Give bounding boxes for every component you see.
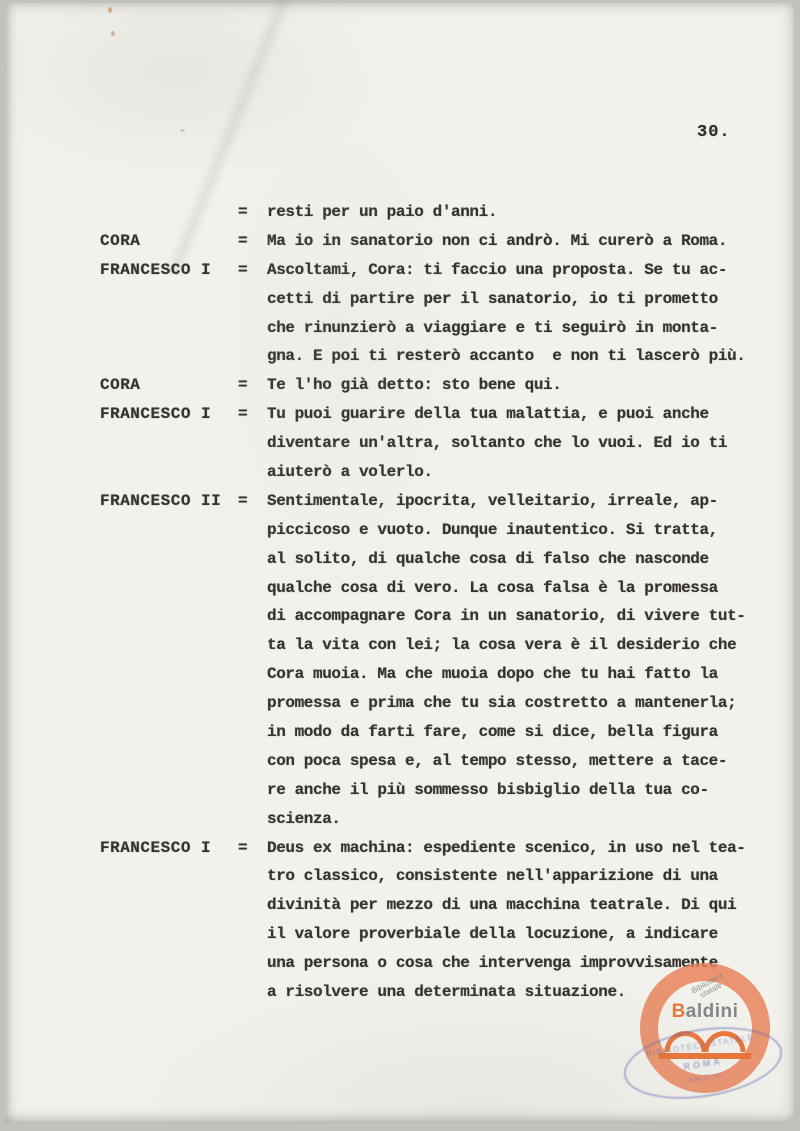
script-row: aiuterò a volerlo. [100, 463, 790, 492]
script-row: piccicoso e vuoto. Dunque inautentico. S… [100, 521, 790, 550]
equals-sign: = [238, 376, 267, 394]
dialogue-text: promessa e prima che tu sia costretto a … [267, 694, 790, 712]
dialogue-text: Tu puoi guarire della tua malattia, e pu… [267, 405, 790, 423]
speaker-name: CORA [100, 232, 238, 250]
dialogue-text: Te l'ho già detto: sto bene qui. [267, 376, 790, 394]
equals-sign: = [238, 839, 267, 857]
script-row: FRANCESCO I = Tu puoi guarire della tua … [100, 405, 790, 434]
script-row: con poca spesa e, al tempo stesso, mette… [100, 752, 790, 781]
dialogue-text: re anche il più sommesso bisbiglio della… [267, 781, 790, 799]
equals-sign: = [238, 261, 267, 279]
script-row: che rinunzierò a viaggiare e ti seguirò … [100, 319, 790, 348]
script-lines: = resti per un paio d'anni. CORA = Ma io… [100, 203, 790, 1012]
dialogue-text: di accompagnare Cora in un sanatorio, di… [267, 607, 790, 625]
script-row: CORA = Ma io in sanatorio non ci andrò. … [100, 232, 790, 261]
script-row: di accompagnare Cora in un sanatorio, di… [100, 607, 790, 636]
dialogue-text: cetti di partire per il sanatorio, io ti… [267, 290, 790, 308]
dialogue-text: aiuterò a volerlo. [267, 463, 790, 481]
dialogue-text: ta la vita con lei; la cosa vera è il de… [267, 636, 790, 654]
script-row: tro classico, consistente nell'apparizio… [100, 867, 790, 896]
dialogue-text: resti per un paio d'anni. [267, 203, 790, 221]
dialogue-text: Ascoltami, Cora: ti faccio una proposta.… [267, 261, 790, 279]
rust-speck [111, 31, 115, 36]
equals-sign: = [238, 232, 267, 250]
script-row: FRANCESCO II = Sentimentale, ipocrita, v… [100, 492, 790, 521]
equals-sign: = [238, 405, 267, 423]
rust-speck [108, 7, 112, 13]
script-row: divinità per mezzo di una macchina teatr… [100, 896, 790, 925]
speaker-name: FRANCESCO I [100, 261, 238, 279]
script-row: re anche il più sommesso bisbiglio della… [100, 781, 790, 810]
dialogue-text: Sentimentale, ipocrita, velleitario, irr… [267, 492, 790, 510]
script-row: diventare un'altra, soltanto che lo vuoi… [100, 434, 790, 463]
dialogue-text: il valore proverbiale della locuzione, a… [267, 925, 790, 943]
script-row: promessa e prima che tu sia costretto a … [100, 694, 790, 723]
dialogue-text: in modo da farti fare, come si dice, bel… [267, 723, 790, 741]
equals-sign: = [238, 203, 267, 221]
dialogue-text: al solito, di qualche cosa di falso che … [267, 550, 790, 568]
script-row: qualche cosa di vero. La cosa falsa è la… [100, 579, 790, 608]
script-row: FRANCESCO I = Deus ex machina: espedient… [100, 839, 790, 868]
script-row: al solito, di qualche cosa di falso che … [100, 550, 790, 579]
dialogue-text: Ma io in sanatorio non ci andrò. Mi cure… [267, 232, 790, 250]
script-row: in modo da farti fare, come si dice, bel… [100, 723, 790, 752]
dialogue-text: diventare un'altra, soltanto che lo vuoi… [267, 434, 790, 452]
dialogue-text: gna. E poi ti resterò accanto e non ti l… [267, 347, 790, 365]
script-row: scienza. [100, 810, 790, 839]
speaker-name: FRANCESCO I [100, 405, 238, 423]
speaker-name: FRANCESCO II [100, 492, 238, 510]
script-row: FRANCESCO I = Ascoltami, Cora: ti faccio… [100, 261, 790, 290]
script-row: gna. E poi ti resterò accanto e non ti l… [100, 347, 790, 376]
scan-background: 30. = resti per un paio d'anni. CORA = M… [0, 0, 800, 1131]
dialogue-text: Cora muoia. Ma che muoia dopo che tu hai… [267, 665, 790, 683]
dialogue-text: qualche cosa di vero. La cosa falsa è la… [267, 579, 790, 597]
ink-speck [180, 129, 185, 132]
dialogue-text: piccicoso e vuoto. Dunque inautentico. S… [267, 521, 790, 539]
paper-sheet: 30. = resti per un paio d'anni. CORA = M… [5, 3, 794, 1123]
dialogue-text: tro classico, consistente nell'apparizio… [267, 867, 790, 885]
dialogue-text: Deus ex machina: espediente scenico, in … [267, 839, 790, 857]
speaker-name: CORA [100, 376, 238, 394]
script-row: il valore proverbiale della locuzione, a… [100, 925, 790, 954]
dialogue-text: che rinunzierò a viaggiare e ti seguirò … [267, 319, 790, 337]
dialogue-text: scienza. [267, 810, 790, 828]
script-row: CORA = Te l'ho già detto: sto bene qui. [100, 376, 790, 405]
script-row: cetti di partire per il sanatorio, io ti… [100, 290, 790, 319]
page-number: 30. [697, 123, 731, 142]
dialogue-text: divinità per mezzo di una macchina teatr… [267, 896, 790, 914]
script-row: Cora muoia. Ma che muoia dopo che tu hai… [100, 665, 790, 694]
equals-sign: = [238, 492, 267, 510]
dialogue-text: con poca spesa e, al tempo stesso, mette… [267, 752, 790, 770]
speaker-name: FRANCESCO I [100, 839, 238, 857]
script-row: ta la vita con lei; la cosa vera è il de… [100, 636, 790, 665]
script-row: = resti per un paio d'anni. [100, 203, 790, 232]
